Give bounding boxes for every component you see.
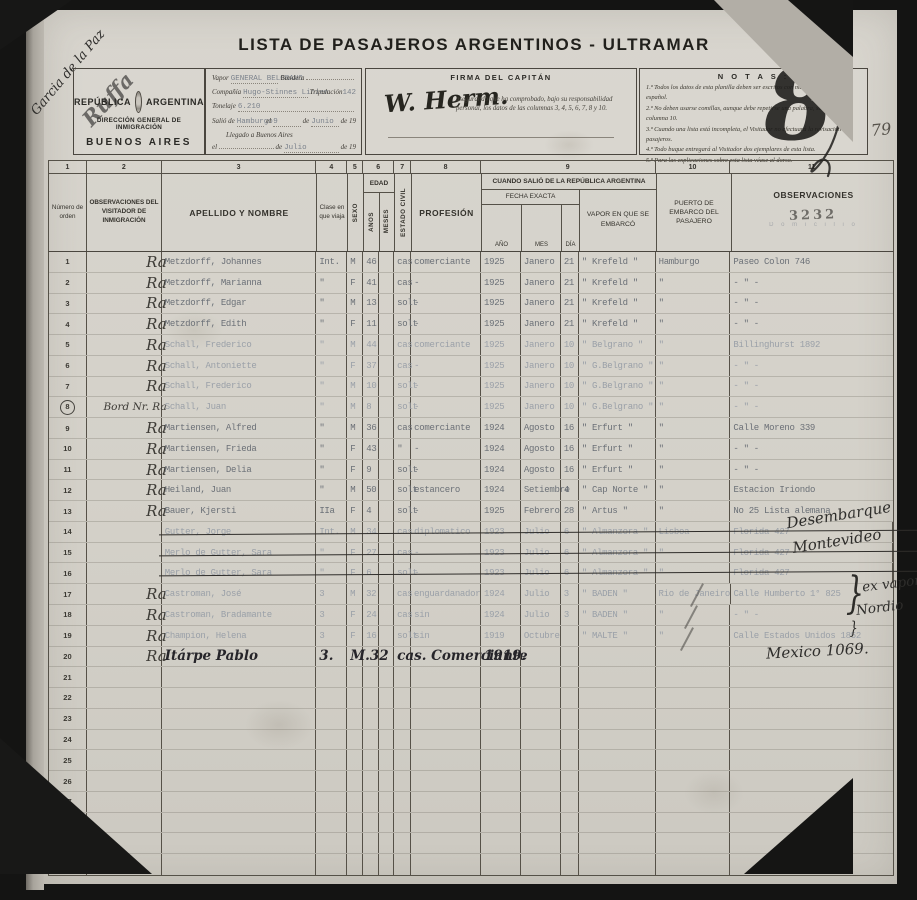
cell-ra <box>87 522 162 542</box>
cell-es: solt <box>394 314 411 334</box>
salio-day-value: 9 <box>273 118 300 127</box>
cell-me <box>379 356 394 376</box>
cell-an <box>363 813 379 833</box>
cell-d: 16 <box>561 439 579 459</box>
cell-num: 23 <box>49 709 87 729</box>
cell-y: 1925 <box>481 377 521 397</box>
cell-v <box>579 667 656 687</box>
cell-pr <box>411 709 481 729</box>
cell-me <box>379 397 394 417</box>
cell-num: 9 <box>49 418 87 438</box>
column-number: 1 <box>49 161 87 173</box>
cell-pr: - <box>411 294 481 314</box>
cell-cl <box>316 833 347 853</box>
table-row: 13RaBauer, KjerstiIIaF4solt-1925Febrero2… <box>49 501 893 522</box>
cell-sx <box>347 730 363 750</box>
cell-v <box>579 688 656 708</box>
cell-num: 15 <box>49 543 87 563</box>
cell-num: 8 <box>49 397 87 417</box>
cell-v: " Krefeld " <box>579 294 656 314</box>
cell-name <box>162 771 317 791</box>
cell-sx: F <box>347 626 363 646</box>
cell-ra: Bord Nr. Ra <box>87 397 162 417</box>
table-header: Número de orden OBSERVACIONES DEL VISITA… <box>48 174 894 252</box>
cell-sx <box>347 667 363 687</box>
cell-m <box>521 667 561 687</box>
cell-v: " BADEN " <box>579 605 656 625</box>
handwritten-list-number-8: 8 <box>764 58 834 150</box>
cell-o: - " - <box>730 356 893 376</box>
cell-d: 4 <box>561 480 579 500</box>
scanned-document-photo: LISTA DE PASAJEROS ARGENTINOS - ULTRAMAR… <box>0 0 917 900</box>
cell-name: Castroman, Bradamante <box>162 605 317 625</box>
vapor-label: Vapor <box>212 74 229 82</box>
cell-name <box>162 792 317 812</box>
table-row: 24 <box>49 730 893 751</box>
cell-ra: Ra <box>87 626 162 646</box>
table-row: 23 <box>49 709 893 730</box>
cell-num: 18 <box>49 605 87 625</box>
cell-y <box>481 854 521 875</box>
cell-me <box>379 709 394 729</box>
annotation-brace-small: } <box>850 618 858 639</box>
cell-pr: - <box>411 460 481 480</box>
salio-port-value: Hamburgo <box>237 118 264 127</box>
cell-d: 10 <box>561 335 579 355</box>
table-row: 10RaMartiensen, Frieda"F43"-1924Agosto16… <box>49 439 893 460</box>
cell-o <box>730 771 893 791</box>
cell-an: 16 <box>363 626 379 646</box>
cell-m <box>521 709 561 729</box>
cell-an: 32 <box>363 584 379 604</box>
cell-sx <box>347 792 363 812</box>
cell-an <box>363 792 379 812</box>
cell-ra: Ra <box>87 314 162 334</box>
cell-name: Metzdorff, Edgar <box>162 294 317 314</box>
cell-pr <box>411 771 481 791</box>
cell-me <box>379 460 394 480</box>
table-row: 9RaMartiensen, Alfred"M36cascomerciante1… <box>49 418 893 439</box>
cell-name: Metzdorff, Edith <box>162 314 317 334</box>
cell-ra: Ra <box>87 252 162 272</box>
cell-o: - " - <box>730 294 893 314</box>
cell-num: 12 <box>49 480 87 500</box>
cell-d <box>561 833 579 853</box>
cell-m <box>521 750 561 770</box>
cell-name: Gutter, Jorge <box>162 522 317 542</box>
cell-es: cas <box>394 605 411 625</box>
cell-v: " Cap Norte " <box>579 480 656 500</box>
table-row: 28 <box>49 813 893 834</box>
cell-m <box>521 688 561 708</box>
cell-num: 1 <box>49 252 87 272</box>
cell-o: - " - <box>730 377 893 397</box>
cell-an: 24 <box>363 605 379 625</box>
coat-of-arms-icon <box>135 91 142 113</box>
cell-v: " Krefeld " <box>579 273 656 293</box>
cell-y <box>481 833 521 853</box>
cell-ra <box>87 543 162 563</box>
cell-cl <box>316 792 347 812</box>
cell-v: " Erfurt " <box>579 439 656 459</box>
cell-cl <box>316 771 347 791</box>
cell-es: cas <box>394 543 411 563</box>
cell-cl <box>316 854 347 875</box>
table-row: 12RaHeiland, Juan"M50soltestancero1924Se… <box>49 480 893 501</box>
cell-y: 1924 <box>481 418 521 438</box>
cell-me <box>379 667 394 687</box>
cell-p: " <box>656 501 731 521</box>
cell-es: cas <box>394 335 411 355</box>
llegado-de-label: de <box>276 143 283 151</box>
cell-num: 22 <box>49 688 87 708</box>
cell-sx: M <box>347 418 363 438</box>
cell-d <box>561 667 579 687</box>
cell-num: 3 <box>49 294 87 314</box>
cell-me <box>379 480 394 500</box>
cell-y <box>481 813 521 833</box>
cell-y: 1924 <box>481 439 521 459</box>
compania-label: Compañía <box>212 88 241 96</box>
cell-m: Setiembre <box>521 480 561 500</box>
cell-me <box>379 252 394 272</box>
cell-name: Schall, Antoniette <box>162 356 317 376</box>
cell-p <box>656 854 731 875</box>
header-observaciones-visitador: OBSERVACIONES DEL VISITADOR DE INMIGRACI… <box>87 199 161 225</box>
cell-an: 11 <box>363 314 379 334</box>
table-row: 14Gutter, JorgeInt.M34casdiplomatico1923… <box>49 522 893 543</box>
cell-v <box>579 813 656 833</box>
cell-p <box>656 833 731 853</box>
cell-es: cas <box>394 418 411 438</box>
page-title: LISTA DE PASAJEROS ARGENTINOS - ULTRAMAR <box>214 35 734 55</box>
cell-v: " BADEN " <box>579 584 656 604</box>
cell-ra: Ra <box>87 480 162 500</box>
column-number: 5 <box>347 161 363 173</box>
cell-an: 44 <box>363 335 379 355</box>
cell-me <box>379 543 394 563</box>
cell-d: 21 <box>561 273 579 293</box>
cell-sx: F <box>347 273 363 293</box>
compania-value: Hugo-Stinnes Linien <box>243 89 308 98</box>
cell-m: Julio <box>521 584 561 604</box>
cell-m: Janero <box>521 397 561 417</box>
bandera-value <box>306 79 354 80</box>
cell-sx <box>347 833 363 853</box>
header-apellido-nombre: APELLIDO Y NOMBRE <box>189 208 288 218</box>
cell-v <box>579 792 656 812</box>
cell-d: 28 <box>561 501 579 521</box>
cell-an: 37 <box>363 356 379 376</box>
cell-name <box>162 709 317 729</box>
cell-sx: F <box>347 439 363 459</box>
cell-ra: Ra <box>87 273 162 293</box>
header-numero: Número de orden <box>49 204 86 221</box>
argentina-label: ARGENTINA <box>146 97 204 107</box>
cell-o <box>730 792 893 812</box>
cell-me <box>379 688 394 708</box>
cell-d <box>561 730 579 750</box>
republic-label: REPÚBLICA <box>74 97 131 107</box>
cell-num: 30 <box>49 854 87 875</box>
table-row: 30 <box>49 854 893 875</box>
cell-o <box>730 688 893 708</box>
cell-cl: 3 <box>316 626 347 646</box>
cell-o <box>730 730 893 750</box>
cell-name: Itárpe Pablo <box>162 647 317 667</box>
table-row: 7RaSchall, Frederico"M10solt-1925Janero1… <box>49 377 893 398</box>
cell-num: 19 <box>49 626 87 646</box>
cell-ra: Ra <box>87 584 162 604</box>
cell-es <box>394 771 411 791</box>
cell-y: 1925 <box>481 314 521 334</box>
table-row: 17RaCastroman, José3M32casenguardanador1… <box>49 584 893 605</box>
cell-p: " <box>656 418 731 438</box>
cell-o: - " - <box>730 273 893 293</box>
cell-y <box>481 667 521 687</box>
cell-an: 46 <box>363 252 379 272</box>
cell-m: Octubre <box>521 626 561 646</box>
cell-p: " <box>656 335 731 355</box>
cell-es: solt <box>394 501 411 521</box>
cell-name: Schall, Juan <box>162 397 317 417</box>
cell-cl: " <box>316 335 347 355</box>
cell-ra <box>87 813 162 833</box>
handwritten-page-number: 79 <box>870 119 892 140</box>
cell-p: " <box>656 439 731 459</box>
cell-num: 6 <box>49 356 87 376</box>
cell-me <box>379 584 394 604</box>
header-dia: DÍA <box>562 204 579 251</box>
cell-y: 1925 <box>481 294 521 314</box>
cell-d: 16 <box>561 418 579 438</box>
cell-o: Paseo Colon 746 <box>730 252 893 272</box>
column-number: 6 <box>363 161 394 173</box>
cell-es <box>394 750 411 770</box>
cell-cl: 3 <box>316 605 347 625</box>
header-fecha-exacta: FECHA EXACTA <box>482 189 579 205</box>
cell-sx: F <box>347 356 363 376</box>
captain-signature-box: FIRMA DEL CAPITÁN W. Herm. asegurando qu… <box>365 68 637 155</box>
header-clase: Clase en que viaja <box>317 204 347 221</box>
cell-m: Febrero <box>521 501 561 521</box>
cell-sx <box>347 750 363 770</box>
llegado-el-label: el <box>212 143 217 151</box>
cell-pr <box>411 813 481 833</box>
cell-y <box>481 750 521 770</box>
cell-sx: F <box>347 501 363 521</box>
llegado-month-value: Julio <box>284 144 338 153</box>
cell-es <box>394 792 411 812</box>
cell-me <box>379 501 394 521</box>
cell-an: 4 <box>363 501 379 521</box>
column-number: 3 <box>162 161 317 173</box>
cell-me <box>379 647 394 667</box>
column-number: 7 <box>394 161 411 173</box>
cell-an <box>363 647 379 667</box>
cell-an: 8 <box>363 397 379 417</box>
table-row: 21 <box>49 667 893 688</box>
cell-v: " G.Belgrano " <box>579 356 656 376</box>
passenger-table: 1234567891011 Número de orden OBSERVACIO… <box>48 160 894 876</box>
cell-num: 2 <box>49 273 87 293</box>
cell-p <box>656 709 731 729</box>
cell-m: Agosto <box>521 418 561 438</box>
cell-es: cas <box>394 252 411 272</box>
cell-es <box>394 709 411 729</box>
cell-num: 17 <box>49 584 87 604</box>
cell-m: Agosto <box>521 439 561 459</box>
cell-an: 27 <box>363 543 379 563</box>
cell-m: Janero <box>521 294 561 314</box>
cell-me <box>379 813 394 833</box>
cell-cl: IIa <box>316 501 347 521</box>
cell-p: " <box>656 377 731 397</box>
cell-ra: Ra <box>87 439 162 459</box>
cell-cl <box>316 730 347 750</box>
cell-sx: F <box>347 314 363 334</box>
cell-sx: F <box>347 543 363 563</box>
cell-y: 1925 <box>481 356 521 376</box>
header-profesion: PROFESIÓN <box>419 208 474 218</box>
cell-me <box>379 792 394 812</box>
cell-es: solt <box>394 397 411 417</box>
table-row: 11RaMartiensen, Delia"F9solt-1924Agosto1… <box>49 460 893 481</box>
cell-name: Bauer, Kjersti <box>162 501 317 521</box>
llegado-label: Llegado a Buenos Aires <box>226 131 293 139</box>
buenos-aires-label: BUENOS AIRES <box>74 137 204 148</box>
cell-ra <box>87 688 162 708</box>
cell-v <box>579 833 656 853</box>
cell-es <box>394 833 411 853</box>
signature-rule <box>388 137 614 138</box>
cell-num: 4 <box>49 314 87 334</box>
cell-an: 43 <box>363 439 379 459</box>
cell-m <box>521 792 561 812</box>
cell-es <box>394 688 411 708</box>
cell-an: 10 <box>363 377 379 397</box>
cell-p: Hamburgo <box>656 252 731 272</box>
cell-an: 41 <box>363 273 379 293</box>
cell-pr: - <box>411 501 481 521</box>
table-row: 2RaMetzdorff, Marianna"F41cas-1925Janero… <box>49 273 893 294</box>
cell-an: 34 <box>363 522 379 542</box>
cell-y: 1925 <box>481 252 521 272</box>
table-row: 25 <box>49 750 893 771</box>
cell-o <box>730 854 893 875</box>
cell-v: " G.Belgrano " <box>579 377 656 397</box>
column-number: 2 <box>87 161 162 173</box>
cell-pr: comerciante <box>411 418 481 438</box>
table-row: 26 <box>49 771 893 792</box>
cell-num: 24 <box>49 730 87 750</box>
header-observaciones: OBSERVACIONES <box>773 190 853 200</box>
cell-me <box>379 854 394 875</box>
cell-ra <box>87 709 162 729</box>
bandera-label: Bandera <box>280 74 304 82</box>
cell-me <box>379 750 394 770</box>
table-row: 4RaMetzdorff, Edith"F11solt-1925Janero21… <box>49 314 893 335</box>
cell-o: - " - <box>730 439 893 459</box>
cell-pr: estancero <box>411 480 481 500</box>
cell-y: 1924 <box>481 480 521 500</box>
cell-p: " <box>656 460 731 480</box>
cell-sx: F <box>347 605 363 625</box>
cell-pr: enguardanador <box>411 584 481 604</box>
cell-p: " <box>656 356 731 376</box>
immigration-office-box: REPÚBLICA ARGENTINA DIRECCIÓN GENERAL DE… <box>73 68 205 155</box>
cell-name: Merlo de Gutter, Sara <box>162 563 317 583</box>
cell-p: " <box>656 273 731 293</box>
cell-v <box>579 709 656 729</box>
cell-an <box>363 730 379 750</box>
cell-p: " <box>656 314 731 334</box>
cell-p <box>656 688 731 708</box>
cell-d: 21 <box>561 294 579 314</box>
cell-m: Julio <box>521 605 561 625</box>
cell-o <box>730 667 893 687</box>
de-label: de <box>303 117 310 125</box>
salio-month-value: Junio <box>311 118 338 127</box>
cell-an <box>363 833 379 853</box>
cell-cl <box>316 813 347 833</box>
cell-cl: 3 <box>316 584 347 604</box>
cell-y <box>481 792 521 812</box>
cell-p <box>656 771 731 791</box>
cell-name <box>162 688 317 708</box>
cell-es <box>394 667 411 687</box>
cell-v <box>579 771 656 791</box>
cell-pr: comerciante <box>411 335 481 355</box>
cell-an: 9 <box>363 460 379 480</box>
cell-num: 27 <box>49 792 87 812</box>
cell-me <box>379 626 394 646</box>
cell-ra <box>87 750 162 770</box>
cell-me <box>379 294 394 314</box>
cell-d <box>561 750 579 770</box>
cell-d <box>561 626 579 646</box>
cell-cl: " <box>316 314 347 334</box>
cell-es <box>394 854 411 875</box>
cell-ra <box>87 730 162 750</box>
cell-ra: Ra <box>87 377 162 397</box>
cell-p <box>656 750 731 770</box>
cell-num: 7 <box>49 377 87 397</box>
cell-num: 26 <box>49 771 87 791</box>
cell-o <box>730 813 893 833</box>
cell-m: Janero <box>521 314 561 334</box>
cell-o <box>730 833 893 853</box>
cell-sx <box>347 771 363 791</box>
cell-v: " Belgrano " <box>579 335 656 355</box>
cell-me <box>379 522 394 542</box>
cell-pr <box>411 667 481 687</box>
cell-m: Janero <box>521 356 561 376</box>
cell-y: 1924 <box>481 460 521 480</box>
cell-d: 10 <box>561 397 579 417</box>
cell-sx: M <box>347 294 363 314</box>
cell-v <box>579 750 656 770</box>
cell-ra: Ra <box>87 501 162 521</box>
header-vapor-embarco: VAPOR EN QUE SE EMBARCÓ <box>580 189 656 251</box>
cell-cl: " <box>316 356 347 376</box>
cell-p <box>656 813 731 833</box>
cell-es: solt <box>394 460 411 480</box>
cell-pr <box>411 833 481 853</box>
cell-num: 14 <box>49 522 87 542</box>
cell-d <box>561 709 579 729</box>
cell-num: 11 <box>49 460 87 480</box>
